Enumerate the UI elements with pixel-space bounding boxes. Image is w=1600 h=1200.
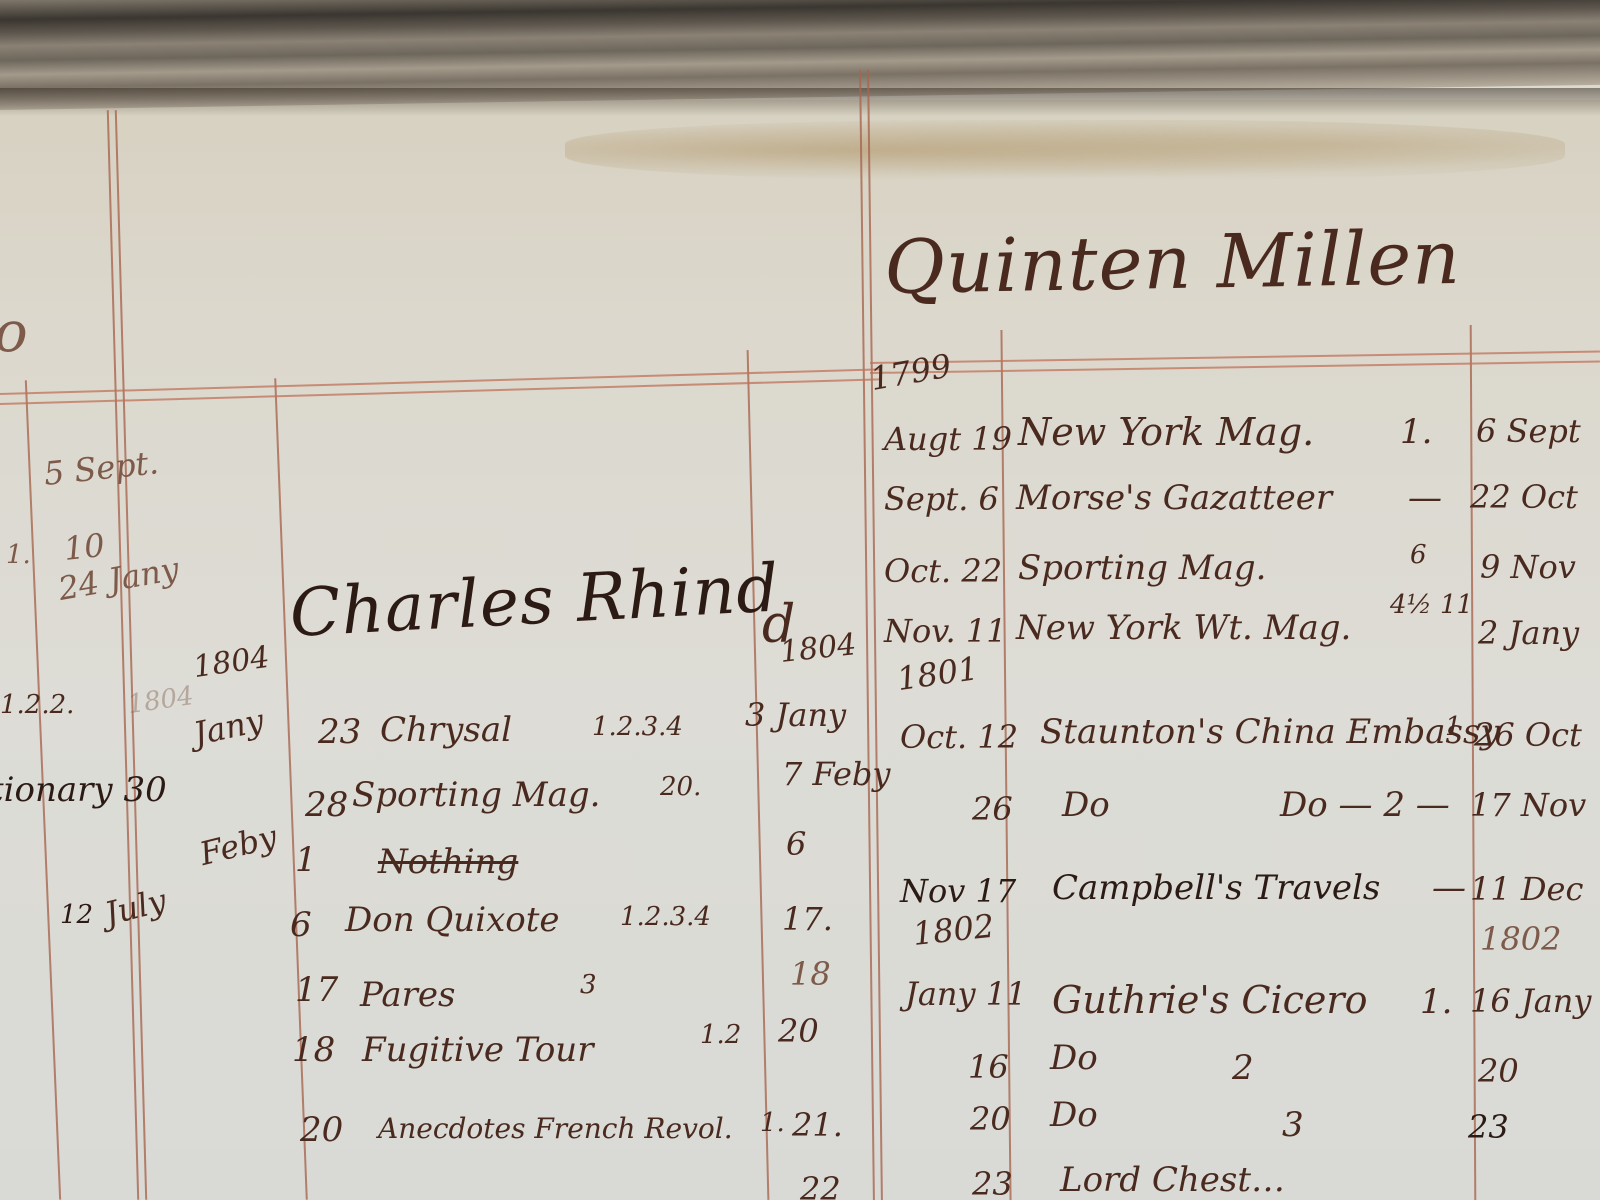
entry-volumes: 4½ 11 — [1390, 590, 1473, 620]
entry-volumes: 3 — [1282, 1105, 1304, 1145]
entry-returned: 20 — [778, 1012, 819, 1050]
entry-volumes: 1.2.3.4 — [592, 712, 683, 742]
entry-returned: 9 Nov — [1480, 548, 1576, 586]
entry-date: Nov 17 — [900, 872, 1016, 910]
entry-item: Do — [1050, 1038, 1098, 1078]
entry-item: Nothing — [378, 842, 518, 882]
entry-returned: 17 Nov — [1470, 786, 1586, 824]
account-name: Quinten Millen — [883, 215, 1461, 311]
entry-day: 18 — [292, 1030, 335, 1070]
entry-date: 20 — [970, 1100, 1011, 1138]
entry-item: Guthrie's Cicero — [1052, 978, 1367, 1022]
entry-returned: 20 — [1478, 1052, 1519, 1090]
entry-volumes: 1.2.3.4 — [620, 902, 711, 932]
entry-item: Campbell's Travels — [1052, 868, 1380, 908]
entry-returned: 21. — [792, 1106, 843, 1144]
entry-returned: 18 — [790, 955, 831, 993]
entry-returned: 22 Oct — [1470, 478, 1578, 516]
entry-volumes: 1. — [760, 1108, 785, 1138]
entry-date: 16 — [968, 1048, 1009, 1086]
entry-volumes: Do — 2 — — [1280, 785, 1450, 825]
entry-item: New York Mag. — [1018, 410, 1314, 454]
entry-volumes: 2 — [1232, 1048, 1254, 1088]
entry-item: Do — [1062, 785, 1110, 825]
entry-volumes: 1 — [1445, 712, 1462, 742]
fragment-text: 1.2.2. — [0, 690, 74, 720]
entry-returned: 6 — [786, 825, 806, 863]
entry-returned: 23 — [1468, 1108, 1509, 1146]
entry-item: Don Quixote — [345, 900, 560, 940]
entry-volumes: 1. — [1420, 982, 1452, 1022]
entry-item: Chrysal — [380, 710, 512, 750]
entry-item: Sporting Mag. — [352, 775, 600, 815]
entry-item: Anecdotes French Revol. — [378, 1112, 733, 1145]
entry-item: Staunton's China Embassy — [1040, 712, 1500, 752]
header-fragment: o — [0, 300, 29, 365]
entry-day: 1 — [295, 840, 317, 880]
entry-item: New York Wt. Mag. — [1016, 608, 1351, 648]
entry-item: Lord Chest… — [1060, 1160, 1285, 1200]
entry-returned: 11 Dec — [1470, 870, 1583, 908]
entry-day: 28 — [305, 785, 348, 825]
returned-year-marker: 1802 — [1480, 920, 1561, 958]
entry-volumes: — — [1408, 478, 1442, 518]
entry-item: Do — [1050, 1095, 1098, 1135]
entry-returned: 2 Jany — [1478, 614, 1579, 652]
entry-date: Oct. 22 — [884, 552, 1002, 590]
entry-day: 6 — [290, 905, 312, 945]
entry-volumes: 1. — [1400, 412, 1432, 452]
page-edge-shadow — [0, 88, 1600, 116]
entry-item: Pares — [360, 975, 455, 1015]
entry-date: 23 — [972, 1165, 1013, 1200]
entry-volumes: 1.2 — [700, 1020, 741, 1050]
entry-date: Jany 11 — [905, 975, 1026, 1013]
entry-returned: 16 Jany — [1470, 982, 1591, 1020]
entry-date: Sept. 6 — [884, 480, 999, 518]
entry-day: 20 — [300, 1110, 343, 1150]
entry-date: Augt 19 — [884, 420, 1012, 458]
entry-returned: 3 Jany — [745, 696, 846, 734]
fragment-text: 1. — [6, 540, 31, 570]
entry-volumes: 3 — [580, 970, 597, 1000]
water-stain — [565, 120, 1565, 180]
entry-returned: 22 — [800, 1170, 841, 1200]
entry-day: 23 — [318, 712, 361, 752]
entry-returned: 7 Feby — [782, 755, 890, 793]
entry-returned: 6 Sept — [1476, 412, 1581, 450]
entry-item: Fugitive Tour — [362, 1030, 593, 1070]
entry-date: 26 — [972, 790, 1013, 828]
entry-volumes: — — [1432, 868, 1466, 908]
entry-day: 17 — [295, 970, 338, 1010]
entry-item: Sporting Mag. — [1018, 548, 1266, 588]
entry-volumes: 6 — [1410, 540, 1427, 570]
entry-date: Nov. 11 — [884, 612, 1007, 650]
entry-returned: 17. — [782, 900, 833, 938]
entry-date: Oct. 12 — [900, 718, 1018, 756]
fragment-text: tionary 30 — [0, 770, 167, 810]
entry-item: Morse's Gazatteer — [1016, 478, 1332, 518]
entry-volumes: 20. — [660, 772, 701, 802]
fragment-text: 12 — [60, 900, 93, 930]
entry-returned: 26 Oct — [1474, 716, 1582, 754]
